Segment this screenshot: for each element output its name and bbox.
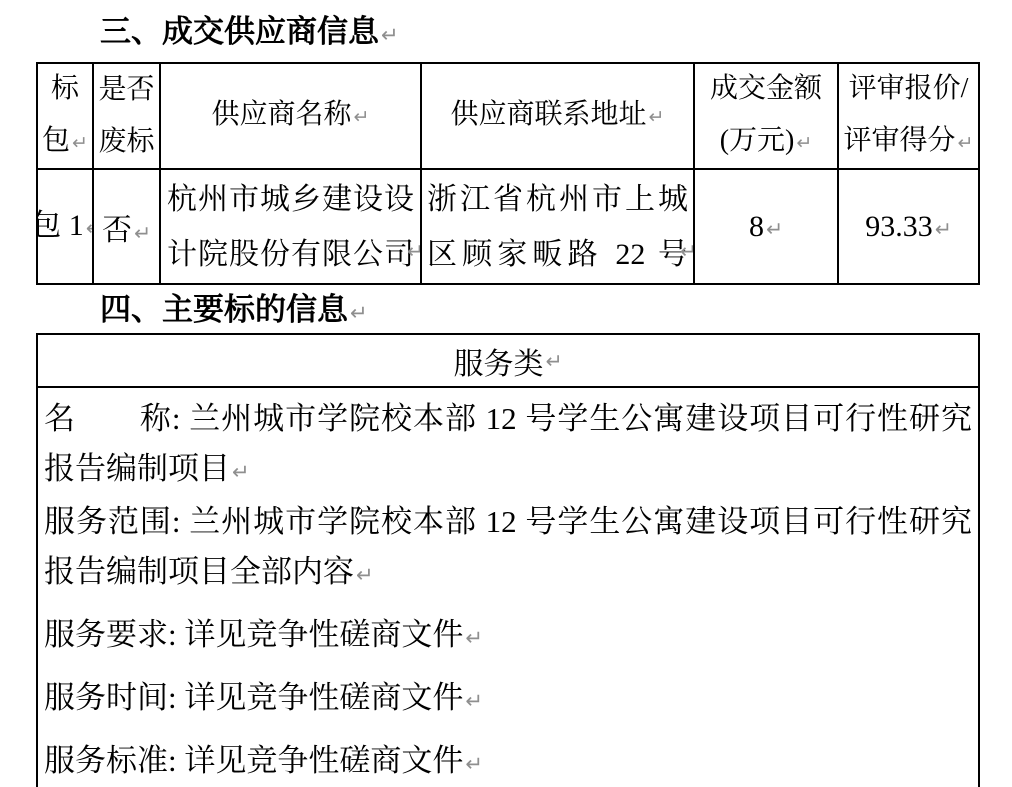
return-mark-icon: ↵ bbox=[463, 751, 483, 776]
header-invalid-line2: 废标 bbox=[98, 116, 154, 168]
return-mark-icon: ↵ bbox=[405, 239, 422, 263]
return-mark-icon: ↵ bbox=[348, 300, 368, 325]
return-mark-icon: ↵ bbox=[463, 625, 483, 650]
cell-supplier-name: 杭州市城乡建设设计院股份有限公司 ↵ bbox=[161, 170, 422, 283]
section-title-text: 三、成交供应商信息 bbox=[100, 14, 379, 49]
return-mark-icon: ↵ bbox=[379, 22, 399, 47]
header-package-line2: 包↵ bbox=[42, 115, 88, 169]
header-supplier-address-label: 供应商联系地址↵ bbox=[451, 89, 665, 143]
amount-value: 8↵ bbox=[749, 210, 783, 244]
return-mark-icon: ↵ bbox=[70, 132, 88, 154]
return-mark-icon: ↵ bbox=[543, 349, 562, 373]
header-amount-line2: (万元)↵ bbox=[720, 115, 813, 169]
header-score-line2: 评审得分↵ bbox=[844, 115, 974, 169]
cell-amount: 8↵ bbox=[695, 170, 839, 283]
subject-item-standard: 服务标准: 详见竞争性磋商文件↵ bbox=[44, 736, 972, 787]
cell-invalid-value: 否↵ bbox=[102, 205, 151, 249]
return-mark-icon: ↵ bbox=[352, 106, 370, 128]
header-cell-supplier-name: 供应商名称↵ bbox=[161, 64, 422, 170]
return-mark-icon: ↵ bbox=[354, 562, 374, 587]
section-title-subject-info: 四、主要标的信息↵ bbox=[100, 292, 368, 331]
return-mark-icon: ↵ bbox=[132, 221, 151, 245]
header-cell-invalid-bid: 是否 废标 bbox=[94, 64, 161, 170]
return-mark-icon: ↵ bbox=[230, 459, 250, 484]
subject-table-body: 名 称: 兰州城市学院校本部 12 号学生公寓建设项目可行性研究报告编制项目↵ … bbox=[38, 388, 978, 787]
section-title-supplier-info: 三、成交供应商信息↵ bbox=[100, 14, 399, 53]
cell-package-value: 包 1↵ bbox=[38, 170, 94, 283]
supplier-name-value: 杭州市城乡建设设计院股份有限公司 bbox=[167, 172, 414, 282]
subject-item-time: 服务时间: 详见竞争性磋商文件↵ bbox=[44, 673, 972, 726]
return-mark-icon: ↵ bbox=[647, 106, 665, 128]
header-cell-supplier-address: 供应商联系地址↵ bbox=[422, 64, 695, 170]
return-mark-icon: ↵ bbox=[933, 217, 952, 241]
return-mark-icon: ↵ bbox=[84, 216, 94, 240]
cell-supplier-address: 浙江省杭州市上城区顾家畈路 22 号 ↵ bbox=[422, 170, 695, 283]
document-page: { "marks": { "return": "↵" }, "section_s… bbox=[0, 0, 1012, 787]
supplier-info-table: 标 包↵ 是否 废标 供应商名称↵ 供应商联系地址↵ 成交金额 (万元)↵ 评审… bbox=[36, 62, 980, 285]
header-supplier-name-label: 供应商名称↵ bbox=[212, 89, 370, 143]
header-amount-line1: 成交金额 bbox=[710, 64, 822, 115]
return-mark-icon: ↵ bbox=[463, 688, 483, 713]
cell-package: 包 1↵ bbox=[38, 170, 94, 283]
header-invalid-line1: 是否 bbox=[98, 64, 154, 116]
category-header-text: 服务类 bbox=[453, 339, 543, 383]
score-value: 93.33↵ bbox=[865, 210, 952, 244]
subject-item-requirement: 服务要求: 详见竞争性磋商文件↵ bbox=[44, 610, 972, 663]
return-mark-icon: ↵ bbox=[678, 239, 695, 263]
cell-score: 93.33↵ bbox=[839, 170, 978, 283]
return-mark-icon: ↵ bbox=[794, 132, 812, 154]
header-cell-package: 标 包↵ bbox=[38, 64, 94, 170]
subject-category-header: 服务类↵ bbox=[38, 335, 978, 388]
header-cell-amount: 成交金额 (万元)↵ bbox=[695, 64, 839, 170]
return-mark-icon: ↵ bbox=[764, 217, 783, 241]
header-package-line1: 标 bbox=[51, 64, 79, 115]
subject-item-name: 名 称: 兰州城市学院校本部 12 号学生公寓建设项目可行性研究报告编制项目↵ bbox=[44, 394, 972, 497]
subject-item-scope: 服务范围: 兰州城市学院校本部 12 号学生公寓建设项目可行性研究报告编制项目全… bbox=[44, 497, 972, 600]
section-title-text: 四、主要标的信息 bbox=[100, 292, 348, 327]
cell-invalid-bid: 否↵ bbox=[94, 170, 161, 283]
return-mark-icon: ↵ bbox=[956, 132, 974, 154]
subject-info-table: 服务类↵ 名 称: 兰州城市学院校本部 12 号学生公寓建设项目可行性研究报告编… bbox=[36, 333, 980, 787]
supplier-address-value: 浙江省杭州市上城区顾家畈路 22 号 bbox=[427, 172, 688, 282]
header-cell-score: 评审报价/ 评审得分↵ bbox=[839, 64, 978, 170]
header-score-line1: 评审报价/ bbox=[849, 64, 969, 115]
